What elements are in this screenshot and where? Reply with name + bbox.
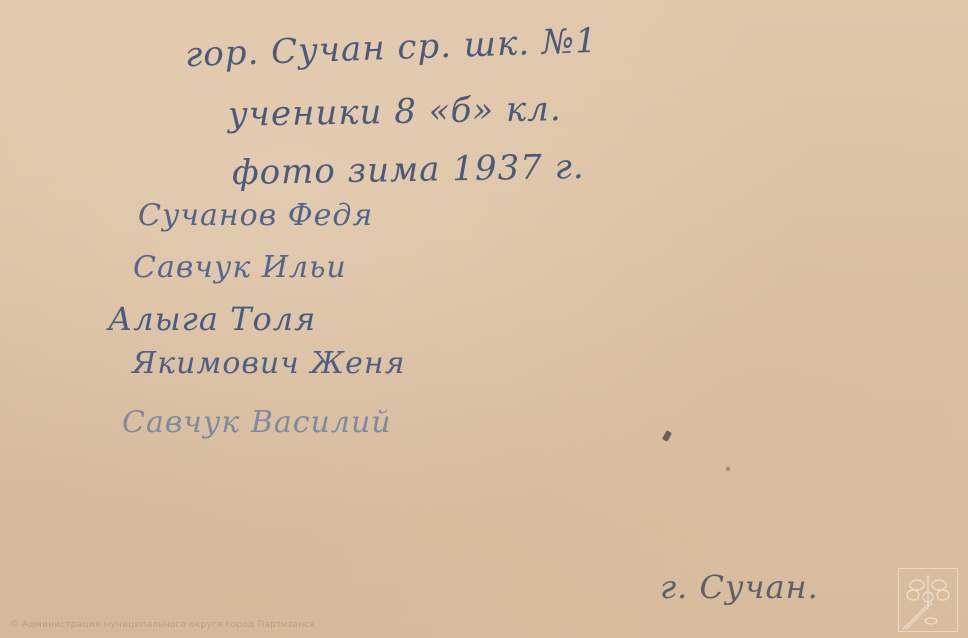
copyright-watermark: © Администрация муниципального округа го…	[10, 620, 315, 630]
coat-of-arms-icon	[898, 568, 958, 632]
paper-speck	[726, 467, 730, 471]
name-entry: Савчук Василий	[122, 405, 392, 440]
name-entry: Алыга Толя	[108, 300, 316, 338]
place-note: г. Сучан.	[660, 568, 819, 606]
name-entry: Сучанов Федя	[138, 198, 373, 233]
name-entry: Савчук Ильи	[133, 250, 347, 285]
header-line-class: ученики 8 «б» кл.	[228, 89, 562, 135]
header-line-date: фото зима 1937 г.	[232, 147, 585, 193]
name-entry: Якимович Женя	[132, 346, 405, 381]
